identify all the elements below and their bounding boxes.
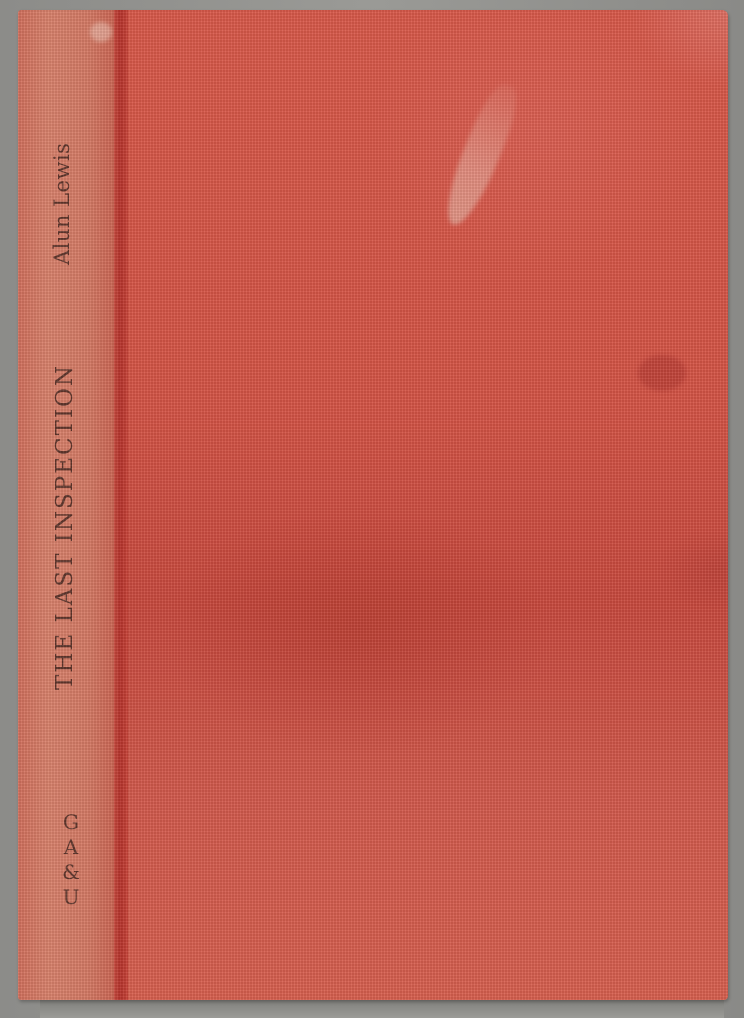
scuff-mark [436,79,526,232]
publisher-letter: A [64,835,78,860]
spine-publisher: G A & U [54,810,88,910]
spine-author: Alun Lewis [50,143,74,265]
spine-wear-mark [90,22,112,42]
spine-title: THE LAST INSPECTION [52,364,78,690]
book-spine: Alun Lewis THE LAST INSPECTION G A & U [18,10,118,1000]
worn-corner [588,10,728,130]
book-cover: Alun Lewis THE LAST INSPECTION G A & U [18,10,728,1000]
spine-hinge [114,10,128,1000]
front-board [118,10,728,1000]
photo-scene: Alun Lewis THE LAST INSPECTION G A & U [0,0,744,1018]
stain-spot [638,355,686,391]
publisher-letter: & [62,860,80,885]
publisher-letter: U [63,885,80,910]
publisher-letter: G [63,810,79,835]
book-shadow [40,1000,724,1018]
